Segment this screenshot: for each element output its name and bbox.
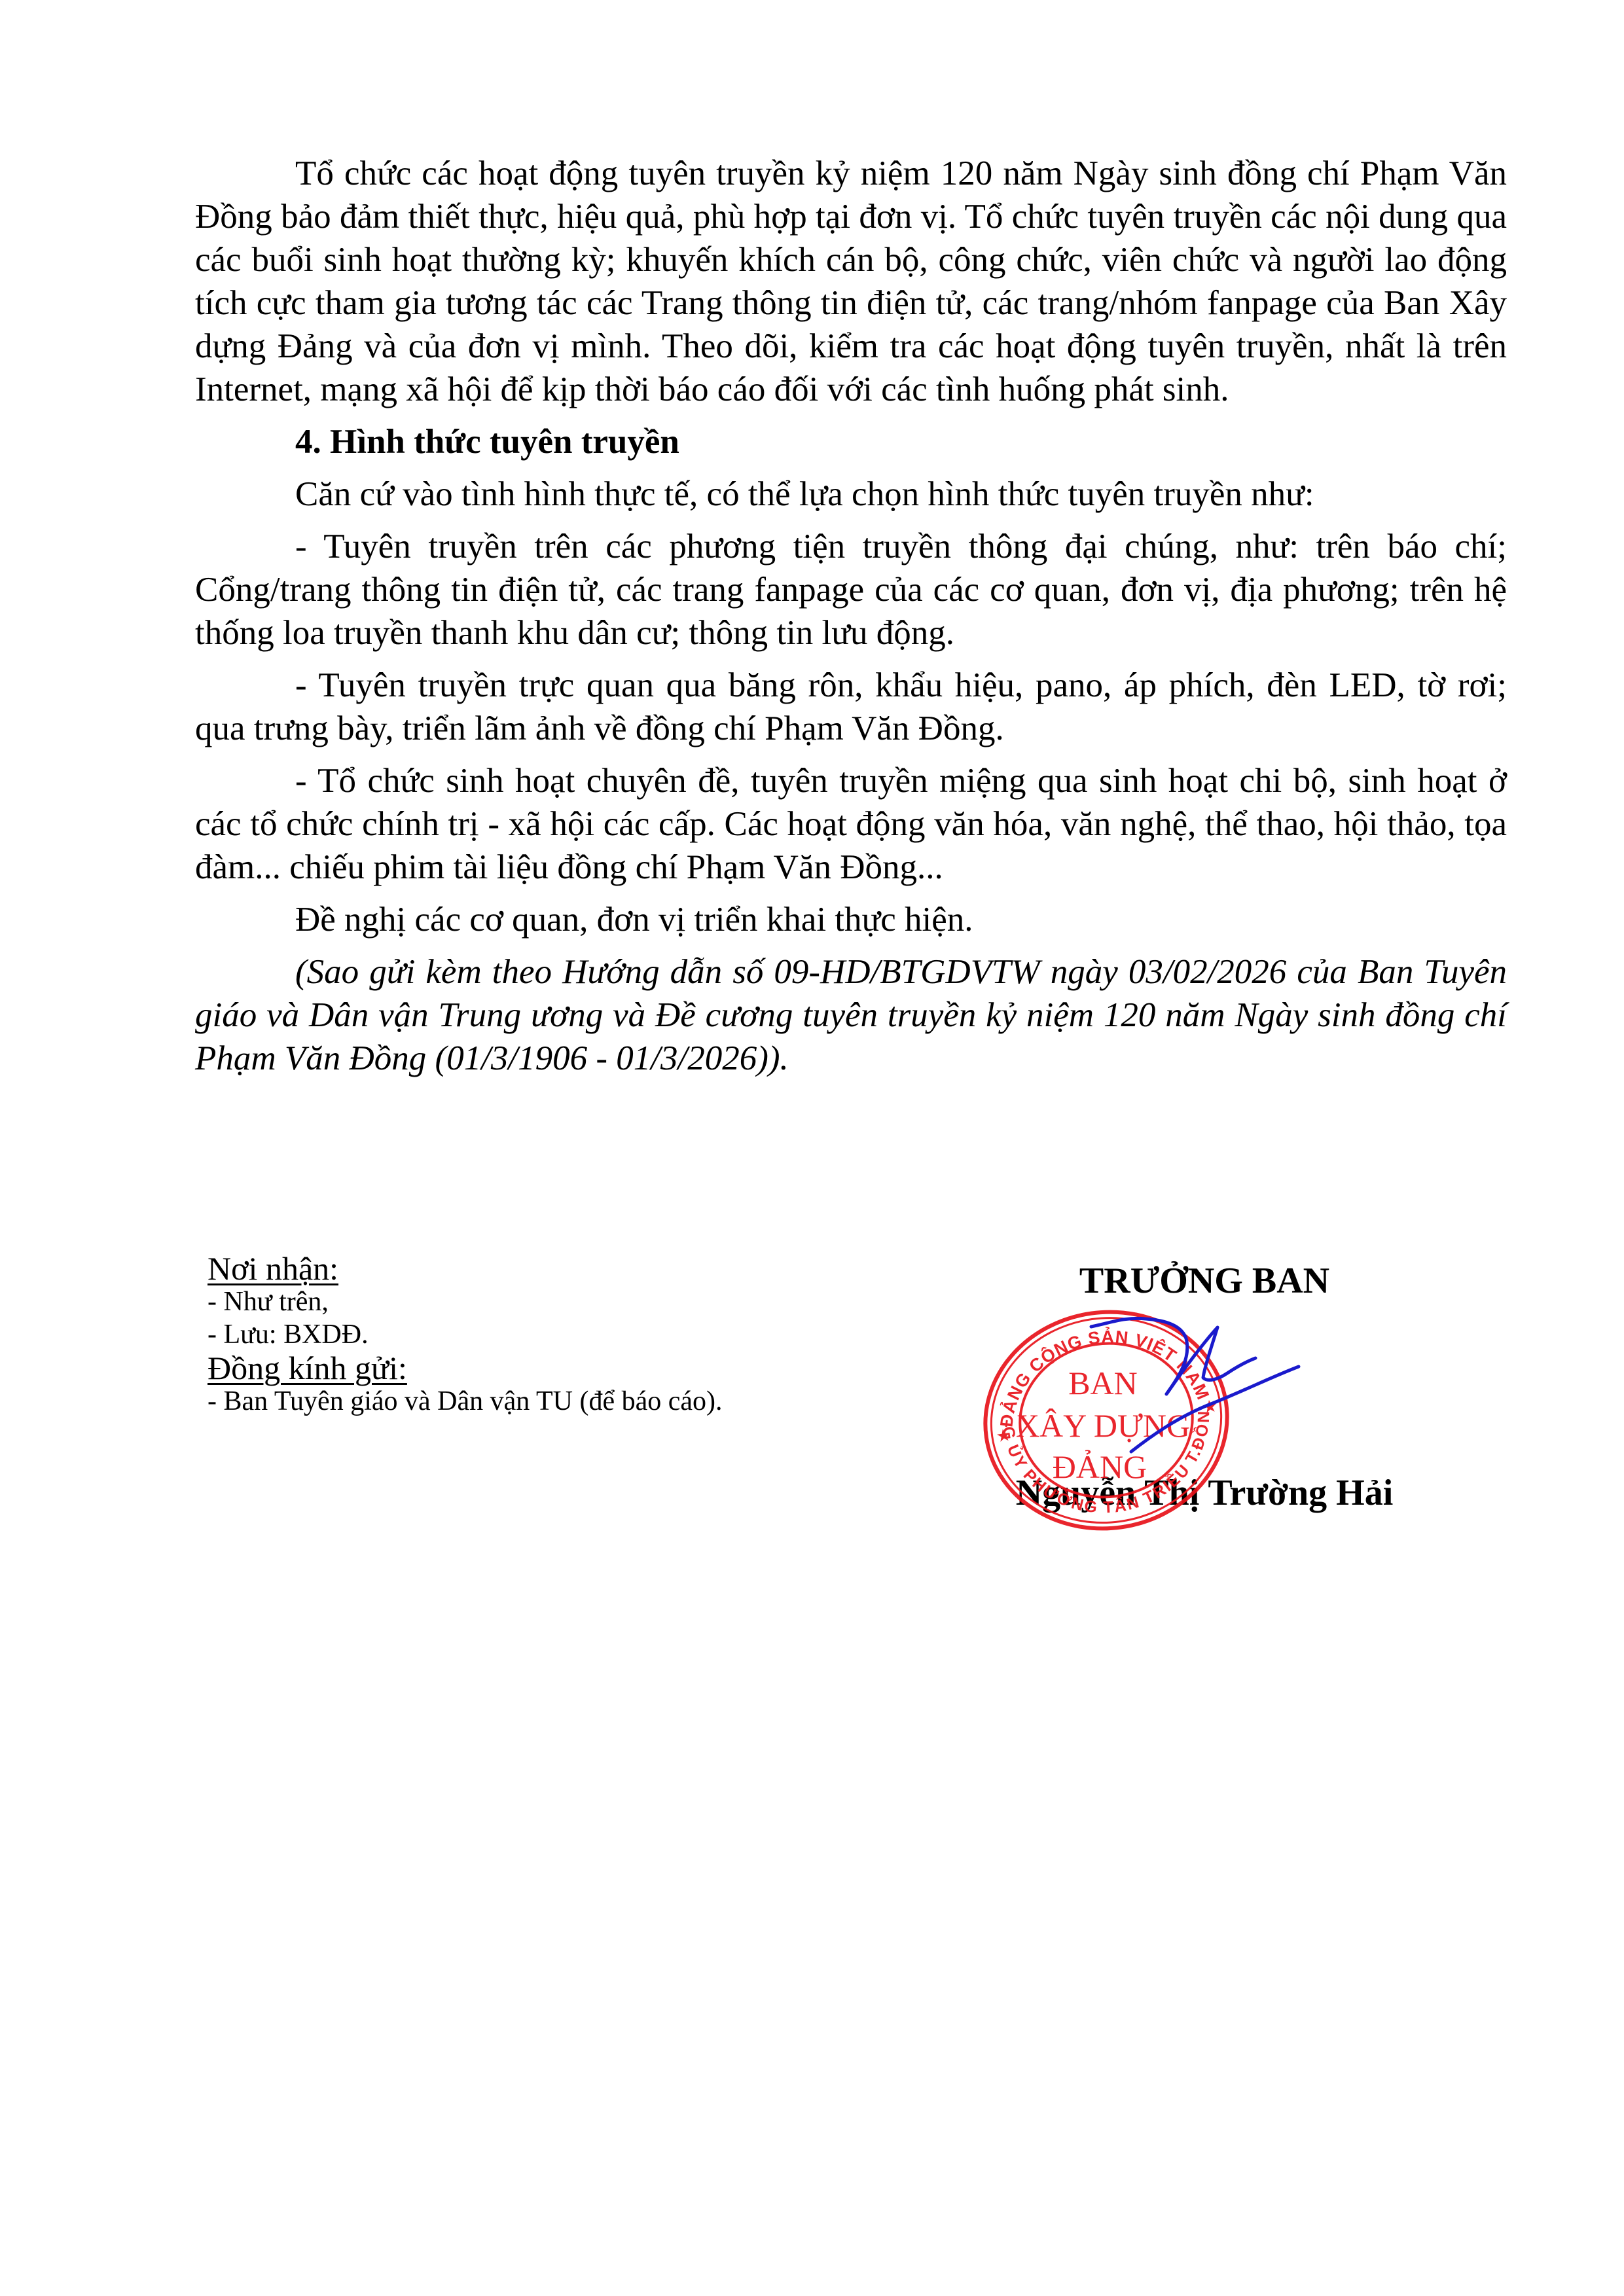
paragraph-thematic: - Tổ chức sinh hoạt chuyên đề, tuyên tru… bbox=[195, 759, 1507, 889]
paragraph-request: Đề nghị các cơ quan, đơn vị triển khai t… bbox=[195, 898, 1507, 941]
paragraph-mass-media: - Tuyên truyền trên các phương tiện truy… bbox=[195, 525, 1507, 655]
paragraph-activities: Tổ chức các hoạt động tuyên truyền kỷ ni… bbox=[195, 152, 1507, 411]
recipient-item: - Như trên, bbox=[208, 1285, 862, 1318]
recipients-block: Nơi nhận: - Như trên, - Lưu: BXDĐ. Đồng … bbox=[208, 1251, 862, 1418]
handwritten-signature bbox=[1074, 1302, 1322, 1473]
section-heading-forms: 4. Hình thức tuyên truyền bbox=[195, 420, 1507, 463]
paragraph-attachment-note: (Sao gửi kèm theo Hướng dẫn số 09-HD/BTG… bbox=[195, 950, 1507, 1080]
paragraph-visual: - Tuyên truyền trực quan qua băng rôn, k… bbox=[195, 664, 1507, 750]
recipient-item: - Lưu: BXDĐ. bbox=[208, 1318, 862, 1351]
cc-item: - Ban Tuyên giáo và Dân vận TU (để báo c… bbox=[208, 1385, 862, 1418]
recipients-label: Nơi nhận: bbox=[208, 1251, 862, 1285]
stamp-star-left-icon: ★ bbox=[995, 1426, 1013, 1446]
document-body: Tổ chức các hoạt động tuyên truyền kỷ ni… bbox=[195, 152, 1507, 1089]
paragraph-basis: Căn cứ vào tình hình thực tế, có thể lựa… bbox=[195, 473, 1507, 516]
cc-label: Đồng kính gửi: bbox=[208, 1351, 862, 1385]
signer-title: TRƯỞNG BAN bbox=[1021, 1258, 1388, 1304]
